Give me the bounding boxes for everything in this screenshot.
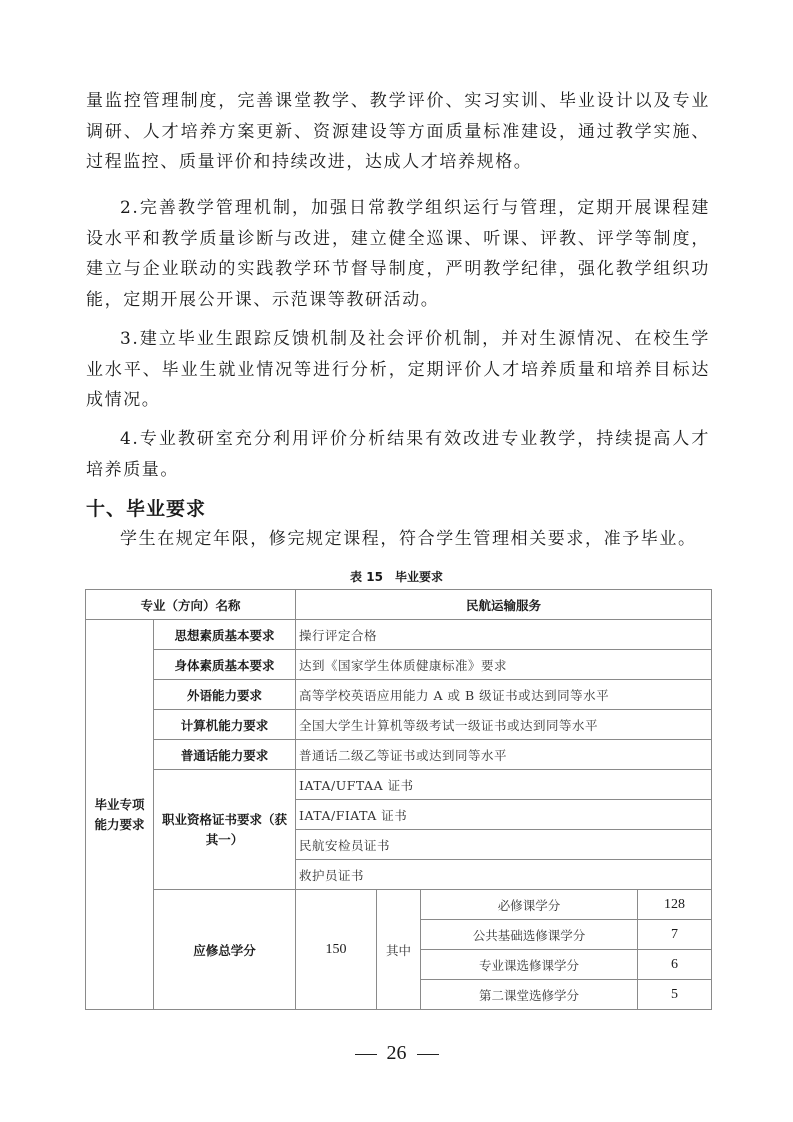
of-which-label: 其中 — [377, 890, 421, 1010]
total-credits-value: 150 — [296, 890, 377, 1010]
table-row: 普通话能力要求 普通话二级乙等证书或达到同等水平 — [86, 740, 712, 770]
dash-right — [417, 1054, 439, 1055]
row-label: 普通话能力要求 — [154, 740, 296, 770]
paragraph-item-4: 4.专业教研室充分利用评价分析结果有效改进专业教学，持续提高人才培养质量。 — [86, 424, 710, 485]
credit-item-name: 专业课选修课学分 — [421, 950, 638, 980]
credit-item-name: 第二课堂选修学分 — [421, 980, 638, 1010]
certificate-item: 民航安检员证书 — [296, 830, 712, 860]
table-row: 身体素质基本要求 达到《国家学生体质健康标准》要求 — [86, 650, 712, 680]
group-label: 毕业专项能力要求 — [86, 620, 154, 1010]
table-caption-number: 表 15 — [350, 570, 383, 584]
credit-item-value: 5 — [638, 980, 712, 1010]
credit-item-value: 128 — [638, 890, 712, 920]
row-label: 思想素质基本要求 — [154, 620, 296, 650]
paragraph-item-3: 3.建立毕业生跟踪反馈机制及社会评价机制，并对生源情况、在校生学业水平、毕业生就… — [86, 324, 710, 416]
row-label: 身体素质基本要求 — [154, 650, 296, 680]
table-row: 计算机能力要求 全国大学生计算机等级考试一级证书或达到同等水平 — [86, 710, 712, 740]
paragraph-item-2: 2.完善教学管理机制，加强日常教学组织运行与管理，定期开展课程建设水平和教学质量… — [86, 193, 710, 315]
credit-item-name: 公共基础选修课学分 — [421, 920, 638, 950]
table-row: 毕业专项能力要求 思想素质基本要求 操行评定合格 — [86, 620, 712, 650]
row-value: 操行评定合格 — [296, 620, 712, 650]
table-caption-title: 毕业要求 — [395, 570, 443, 584]
major-name-label: 专业（方向）名称 — [86, 590, 296, 620]
credits-row: 应修总学分 150 其中 必修课学分 128 — [86, 890, 712, 920]
total-credits-label: 应修总学分 — [154, 890, 296, 1010]
paragraph-quality-monitoring: 量监控管理制度，完善课堂教学、教学评价、实习实训、毕业设计以及专业调研、人才培养… — [86, 86, 710, 178]
major-name-value: 民航运输服务 — [296, 590, 712, 620]
table-caption: 表 15毕业要求 — [0, 568, 793, 585]
row-value: 全国大学生计算机等级考试一级证书或达到同等水平 — [296, 710, 712, 740]
row-value: 达到《国家学生体质健康标准》要求 — [296, 650, 712, 680]
row-label: 计算机能力要求 — [154, 710, 296, 740]
credit-item-value: 6 — [638, 950, 712, 980]
certificate-item: IATA/UFTAA 证书 — [296, 770, 712, 800]
page-number-value: 26 — [387, 1042, 407, 1064]
certificate-row: 职业资格证书要求（获其一） IATA/UFTAA 证书 — [86, 770, 712, 800]
row-label: 外语能力要求 — [154, 680, 296, 710]
graduation-requirements-table: 专业（方向）名称 民航运输服务 毕业专项能力要求 思想素质基本要求 操行评定合格… — [85, 589, 712, 1010]
row-value: 普通话二级乙等证书或达到同等水平 — [296, 740, 712, 770]
dash-left — [355, 1054, 377, 1055]
certificate-item: 救护员证书 — [296, 860, 712, 890]
row-value: 高等学校英语应用能力 A 或 B 级证书或达到同等水平 — [296, 680, 712, 710]
credit-item-value: 7 — [638, 920, 712, 950]
credit-item-name: 必修课学分 — [421, 890, 638, 920]
certificate-item: IATA/FIATA 证书 — [296, 800, 712, 830]
table-header-row: 专业（方向）名称 民航运输服务 — [86, 590, 712, 620]
section-body: 学生在规定年限，修完规定课程，符合学生管理相关要求，准予毕业。 — [86, 524, 710, 555]
section-heading: 十、毕业要求 — [86, 494, 206, 521]
table-row: 外语能力要求 高等学校英语应用能力 A 或 B 级证书或达到同等水平 — [86, 680, 712, 710]
page-number: 26 — [0, 1042, 793, 1065]
certificates-label: 职业资格证书要求（获其一） — [154, 770, 296, 890]
